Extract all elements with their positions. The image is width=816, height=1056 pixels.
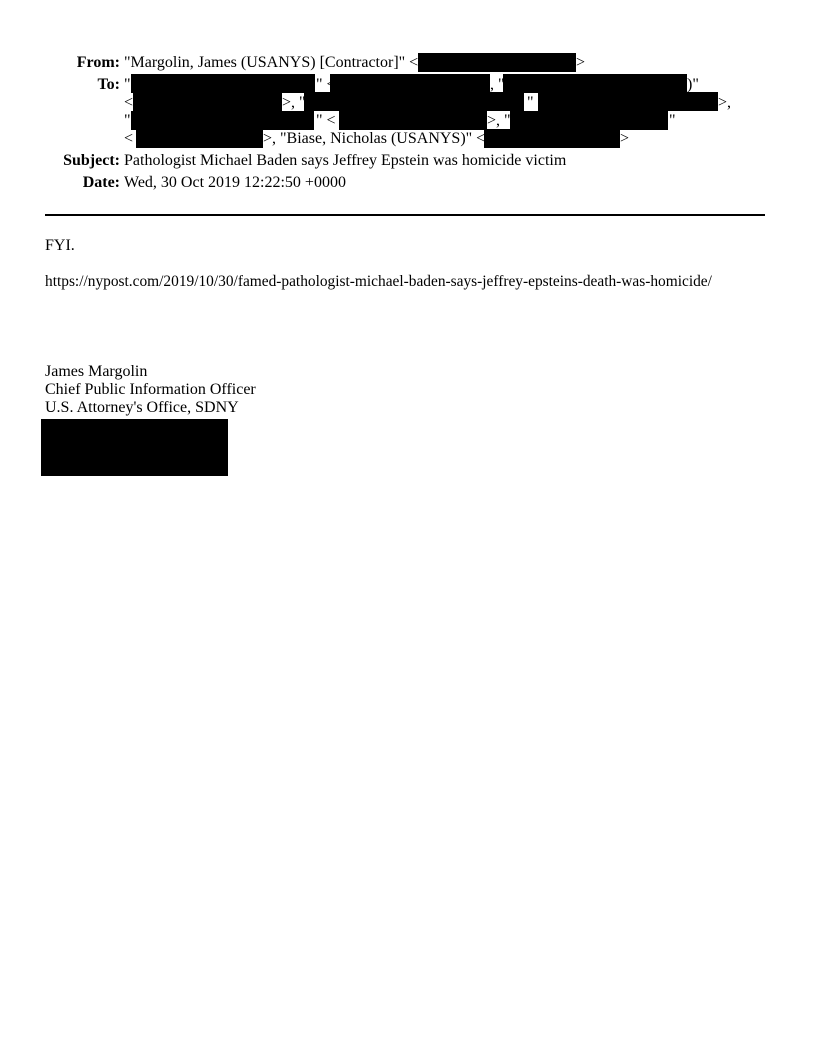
date-value: Wed, 30 Oct 2019 12:22:50 +0000 xyxy=(124,174,346,192)
redaction-to-email-4 xyxy=(339,111,487,130)
to-line4-lt: < xyxy=(124,130,133,148)
subject-label: Subject: xyxy=(40,152,120,170)
to-label: To: xyxy=(40,76,120,94)
to-line4-end: > xyxy=(620,130,629,148)
header-divider xyxy=(45,214,765,216)
redaction-to-name-5 xyxy=(510,111,668,130)
subject-value: Pathologist Michael Baden says Jeffrey E… xyxy=(124,152,566,170)
signature-name: James Margolin xyxy=(45,363,147,381)
to-line1-quote: " xyxy=(124,76,131,94)
to-line3-quote: " xyxy=(124,112,131,130)
from-close: > xyxy=(576,54,585,72)
to-line2-sep2: " xyxy=(525,94,536,112)
signature-title: Chief Public Information Officer xyxy=(45,381,256,399)
redaction-to-email-2 xyxy=(133,93,282,112)
redaction-to-email-1 xyxy=(330,74,490,93)
redaction-signature-contact xyxy=(41,419,228,476)
from-label: From: xyxy=(40,54,120,72)
redaction-to-name-3 xyxy=(304,92,524,111)
to-line2-lt: < xyxy=(124,94,133,112)
to-line4-sep1: >, "Biase, Nicholas (USANYS)" < xyxy=(263,130,485,148)
to-line2-end: >, xyxy=(718,94,731,112)
to-line3-sep1: " < xyxy=(316,112,336,130)
redaction-to-name-1 xyxy=(131,74,315,93)
date-label: Date: xyxy=(40,174,120,192)
to-line2-sep1: >, " xyxy=(282,94,306,112)
redaction-from-email xyxy=(418,53,576,72)
from-value: "Margolin, James (USANYS) [Contractor]" … xyxy=(124,54,418,72)
redaction-to-email-6 xyxy=(484,129,620,148)
signature-office: U.S. Attorney's Office, SDNY xyxy=(45,399,239,417)
article-link[interactable]: https://nypost.com/2019/10/30/famed-path… xyxy=(45,273,712,291)
to-line3-sep2: >, " xyxy=(487,112,511,130)
to-line3-end: " xyxy=(669,112,676,130)
redaction-to-name-2 xyxy=(503,74,687,93)
redaction-to-email-5 xyxy=(136,129,263,148)
redaction-to-name-4 xyxy=(131,111,314,130)
body-greeting: FYI. xyxy=(45,237,75,255)
redaction-to-email-3 xyxy=(538,92,718,111)
